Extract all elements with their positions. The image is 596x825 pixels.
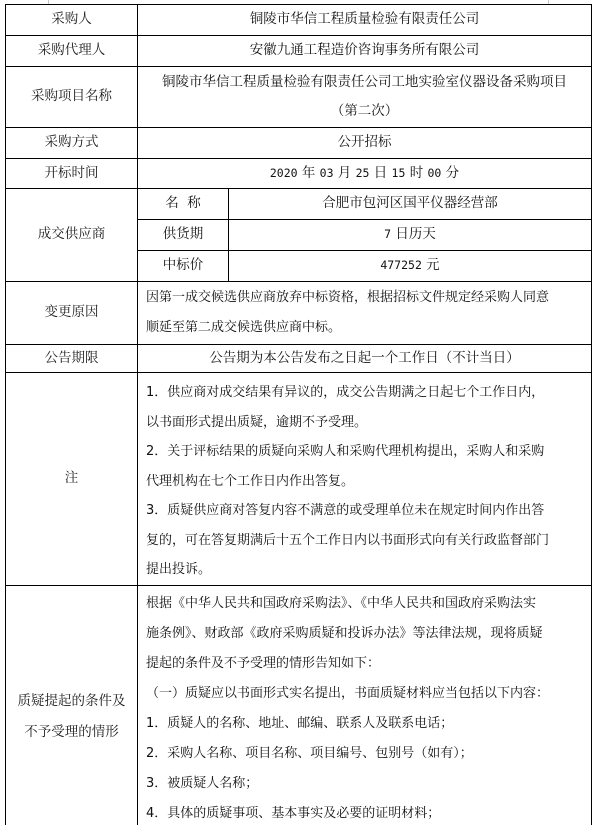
row-purchaser: 采购人 铜陵市华信工程质量检验有限责任公司 [6, 5, 592, 36]
purchaser-value: 铜陵市华信工程质量检验有限责任公司 [138, 5, 592, 36]
opening-month: 03 [320, 166, 334, 180]
supplier-name-label: 名 称 [138, 189, 229, 220]
note-label: 注 [6, 373, 138, 586]
challenge-label-line-2: 不予受理的情形 [6, 717, 137, 748]
minute-unit: 分 [446, 165, 460, 181]
row-challenge-conditions: 质疑提起的条件及 不予受理的情形 根据《中华人民共和国政府采购法》、《中华人民共… [6, 585, 592, 825]
agent-value: 安徽九通工程造价咨询事务所有限公司 [138, 36, 592, 67]
winning-price-value: 477252 元 [229, 251, 592, 282]
method-label: 采购方式 [6, 128, 138, 159]
notice-period-value: 公告期为本公告发布之日起一个工作日（不计当日） [138, 345, 592, 373]
opening-time-value: 2020 年 03 月 25 日 15 时 00 分 [138, 159, 592, 189]
note-line-1: 1．供应商对成交结果有异议的，成交公告期满之日起七个工作日内， [146, 378, 583, 408]
day-unit: 日 [374, 165, 388, 181]
project-name-value: 铜陵市华信工程质量检验有限责任公司工地实验室仪器设备采购项目 （第二次） [138, 67, 592, 128]
note-line-7: 提出投诉。 [146, 555, 583, 585]
challenge-line-4: （一）质疑应以书面形式实名提出，书面质疑材料应当包括以下内容： [146, 679, 587, 709]
hour-unit: 时 [410, 165, 424, 181]
challenge-conditions-label: 质疑提起的条件及 不予受理的情形 [6, 585, 138, 825]
row-agent: 采购代理人 安徽九通工程造价咨询事务所有限公司 [6, 36, 592, 67]
challenge-conditions-content: 根据《中华人民共和国政府采购法》、《中华人民共和国政府采购法实 施条例》、财政部… [138, 585, 592, 825]
winning-price-unit: 元 [426, 257, 440, 273]
challenge-line-2: 施条例》、财政部《政府采购质疑和投诉办法》等法律法规，现将质疑 [146, 619, 587, 649]
winning-price-amount: 477252 [380, 258, 422, 272]
notice-period-label: 公告期限 [6, 345, 138, 373]
row-opening-time: 开标时间 2020 年 03 月 25 日 15 时 00 分 [6, 159, 592, 189]
project-name-line-2: （第二次） [142, 97, 587, 126]
note-line-6: 复的，可在答复期满后十五个工作日内以书面形式向有关行政监督部门 [146, 526, 583, 556]
change-reason-label: 变更原因 [6, 282, 138, 345]
agent-label: 采购代理人 [6, 36, 138, 67]
opening-hour: 15 [392, 166, 406, 180]
delivery-unit: 日历天 [395, 226, 436, 242]
year-unit: 年 [302, 165, 316, 181]
month-unit: 月 [338, 165, 352, 181]
delivery-period-label: 供货期 [138, 220, 229, 251]
note-content: 1．供应商对成交结果有异议的，成交公告期满之日起七个工作日内， 以书面形式提出质… [138, 373, 592, 586]
project-name-line-1: 铜陵市华信工程质量检验有限责任公司工地实验室仪器设备采购项目 [142, 68, 587, 97]
note-line-2: 以书面形式提出质疑，逾期不予受理。 [146, 408, 583, 438]
delivery-days: 7 [384, 227, 391, 241]
row-method: 采购方式 公开招标 [6, 128, 592, 159]
note-line-5: 3．质疑供应商对答复内容不满意的或受理单位未在规定时间内作出答 [146, 496, 583, 526]
row-change-reason: 变更原因 因第一成交候选供应商放弃中标资格，根据招标文件规定经采购人同意 顺延至… [6, 282, 592, 345]
note-line-3: 2．关于评标结果的质疑向采购人和采购代理机构提出，采购人和采购 [146, 437, 583, 467]
opening-day: 25 [356, 166, 370, 180]
opening-year: 2020 [270, 166, 298, 180]
challenge-line-6: 2．采购人名称、项目名称、项目编号、包别号（如有）； [146, 739, 587, 769]
change-reason-line-1: 因第一成交候选供应商放弃中标资格，根据招标文件规定经采购人同意 [146, 283, 585, 313]
challenge-line-8: 4．具体的质疑事项、基本事实及必要的证明材料； [146, 799, 587, 825]
row-note: 注 1．供应商对成交结果有异议的，成交公告期满之日起七个工作日内， 以书面形式提… [6, 373, 592, 586]
opening-time-label: 开标时间 [6, 159, 138, 189]
challenge-line-1: 根据《中华人民共和国政府采购法》、《中华人民共和国政府采购法实 [146, 589, 587, 619]
delivery-period-value: 7 日历天 [229, 220, 592, 251]
winning-price-label: 中标价 [138, 251, 229, 282]
procurement-notice-table: 采购人 铜陵市华信工程质量检验有限责任公司 采购代理人 安徽九通工程造价咨询事务… [5, 4, 592, 825]
challenge-line-7: 3．被质疑人名称； [146, 769, 587, 799]
row-notice-period: 公告期限 公告期为本公告发布之日起一个工作日（不计当日） [6, 345, 592, 373]
note-line-4: 代理机构在七个工作日内作出答复。 [146, 467, 583, 497]
purchaser-label: 采购人 [6, 5, 138, 36]
challenge-line-5: 1．质疑人的名称、地址、邮编、联系人及联系电话； [146, 709, 587, 739]
change-reason-value: 因第一成交候选供应商放弃中标资格，根据招标文件规定经采购人同意 顺延至第二成交候… [138, 282, 592, 345]
row-supplier-name: 成交供应商 名 称 合肥市包河区国平仪器经营部 [6, 189, 592, 220]
challenge-label-line-1: 质疑提起的条件及 [6, 686, 137, 717]
method-value: 公开招标 [138, 128, 592, 159]
challenge-line-3: 提起的条件及不予受理的情形告知如下： [146, 649, 587, 679]
opening-minute: 00 [428, 166, 442, 180]
change-reason-line-2: 顺延至第二成交候选供应商中标。 [146, 313, 585, 343]
row-project-name: 采购项目名称 铜陵市华信工程质量检验有限责任公司工地实验室仪器设备采购项目 （第… [6, 67, 592, 128]
supplier-label: 成交供应商 [6, 189, 138, 282]
project-name-label: 采购项目名称 [6, 67, 138, 128]
supplier-name-value: 合肥市包河区国平仪器经营部 [229, 189, 592, 220]
